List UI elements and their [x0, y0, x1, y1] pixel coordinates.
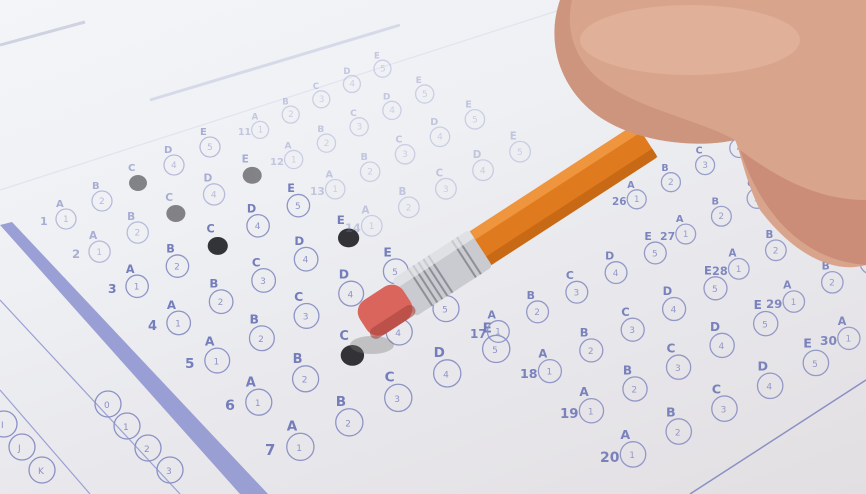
pencil: [351, 122, 658, 343]
option-letter: E: [200, 127, 207, 138]
bubble-number: 2: [718, 212, 724, 222]
question-number: 5: [185, 356, 194, 372]
bubble-number: 2: [534, 308, 540, 318]
option-letter: D: [203, 173, 212, 185]
question-number: 13: [310, 185, 325, 198]
option-letter: A: [838, 315, 847, 328]
option-letter: E: [416, 76, 422, 86]
option-letter: C: [165, 192, 173, 204]
question-number: 4: [148, 319, 157, 334]
option-letter: D: [434, 345, 445, 361]
option-letter: E: [242, 154, 249, 166]
svg-text:J: J: [17, 444, 21, 454]
eraser-smudge: [350, 336, 394, 354]
bubble-number: 1: [495, 328, 501, 338]
bubble-number: 2: [829, 279, 835, 289]
bubble-number: 2: [367, 168, 373, 178]
option-letter: B: [580, 326, 589, 340]
option-letter: E: [337, 213, 345, 227]
bubble-number: 4: [255, 222, 261, 232]
bubble-number: 5: [207, 143, 213, 153]
bubble-number: 4: [443, 370, 449, 380]
question-number: 14: [345, 221, 361, 235]
bubble-number: 4: [719, 342, 725, 352]
question-number: 19: [560, 407, 579, 422]
bubble-number: 4: [303, 256, 309, 266]
option-letter: C: [207, 223, 215, 236]
filled-bubble[interactable]: [166, 205, 185, 222]
bubble-number: 1: [846, 335, 852, 345]
option-letter: C: [339, 329, 349, 344]
bubble-number: 2: [588, 347, 594, 357]
option-letter: E: [644, 230, 651, 243]
option-letter: E: [510, 130, 517, 142]
question-number: 18: [520, 366, 538, 381]
bubble-number: 3: [260, 277, 266, 287]
option-letter: B: [282, 97, 288, 107]
bubble-number: 1: [296, 444, 302, 454]
option-letter: B: [766, 229, 774, 241]
bubble-number: 3: [702, 161, 708, 171]
bubble-number: 5: [812, 360, 818, 370]
option-letter: A: [620, 427, 630, 442]
question-number: 29: [766, 297, 782, 311]
hand: [554, 0, 866, 267]
bubble-number: 3: [394, 395, 400, 405]
question-number: 7: [265, 441, 275, 459]
svg-text:K: K: [38, 467, 45, 477]
bubble-number: 1: [369, 222, 375, 232]
option-letter: A: [246, 376, 256, 391]
bubble-number: 4: [211, 191, 217, 201]
option-letter: E: [754, 298, 762, 312]
question-number: 11: [238, 127, 251, 138]
option-letter: C: [128, 163, 135, 174]
option-letter: B: [360, 152, 367, 163]
question-number: 30: [820, 334, 837, 348]
bubble-number: 2: [631, 386, 637, 396]
option-letter: D: [247, 202, 256, 215]
option-letter: D: [294, 234, 304, 248]
option-letter: A: [285, 142, 292, 152]
bubble-number: 4: [347, 290, 353, 300]
bubble-number: 2: [324, 139, 330, 149]
option-letter: B: [293, 352, 303, 367]
option-letter: C: [313, 82, 319, 92]
option-letter: A: [676, 214, 684, 225]
option-letter: B: [666, 404, 676, 419]
bubble-number: 5: [295, 202, 301, 212]
option-letter: A: [126, 263, 135, 276]
option-letter: A: [167, 298, 177, 312]
option-letter: D: [164, 145, 172, 156]
bubble-number: 1: [588, 407, 594, 417]
bubble-number: 5: [712, 285, 718, 295]
option-letter: E: [383, 244, 391, 259]
option-letter: C: [252, 255, 261, 269]
svg-text:3: 3: [166, 467, 172, 477]
bubble-number: 1: [634, 195, 640, 205]
bubble-number: 5: [422, 90, 428, 100]
option-letter: A: [538, 346, 547, 360]
svg-text:1: 1: [123, 423, 129, 433]
option-letter: E: [803, 336, 812, 351]
option-letter: C: [350, 109, 357, 119]
bubble-number: 1: [214, 357, 220, 367]
option-letter: B: [317, 125, 324, 135]
bubble-number: 3: [303, 313, 309, 323]
question-number: 2: [72, 247, 80, 261]
option-letter: A: [579, 385, 589, 399]
bubble-number: 3: [574, 288, 580, 298]
bubble-number: 1: [291, 155, 297, 165]
bubble-number: 2: [174, 262, 180, 272]
bubble-number: 4: [171, 161, 177, 171]
option-letter: A: [783, 279, 792, 292]
option-letter: B: [249, 311, 258, 326]
bubble-number: 2: [773, 246, 779, 256]
bubble-number: 1: [134, 283, 140, 293]
bubble-number: 1: [96, 248, 102, 258]
option-letter: D: [757, 359, 768, 374]
bubble-number: 1: [258, 125, 264, 135]
pencil-body: [468, 123, 658, 265]
option-letter: C: [621, 305, 629, 319]
question-number: 6: [225, 398, 235, 414]
bubble-number: 1: [255, 399, 261, 409]
option-letter: E: [704, 264, 712, 278]
option-letter: B: [527, 289, 535, 302]
bubble-number: 4: [766, 383, 772, 393]
svg-text:I: I: [1, 421, 4, 431]
option-letter: C: [666, 342, 675, 356]
option-letter: D: [710, 320, 720, 334]
svg-text:0: 0: [104, 401, 110, 411]
bubble-number: 2: [258, 335, 264, 345]
option-letter: C: [696, 146, 703, 157]
bubble-number: 2: [218, 298, 224, 308]
bubble-number: 1: [736, 265, 742, 275]
question-number: 20: [600, 450, 620, 466]
option-letter: A: [56, 199, 64, 210]
bubble-number: 1: [629, 451, 635, 461]
answer-sheet-photo: 0 1 2 3 I J K 1A1B2CD4E52A1B2CD4E3A1B2CD…: [0, 0, 866, 494]
option-letter: D: [663, 284, 673, 298]
option-letter: A: [361, 204, 369, 216]
option-letter: E: [465, 100, 472, 111]
option-letter: A: [89, 230, 98, 242]
bubble-number: 2: [406, 203, 412, 213]
question-number: 3: [108, 282, 117, 296]
bubble-number: 5: [472, 115, 478, 125]
bubble-number: 1: [63, 215, 69, 225]
option-letter: B: [711, 196, 719, 207]
bubble-number: 2: [99, 197, 105, 207]
option-letter: B: [166, 243, 175, 256]
option-letter: A: [205, 334, 215, 349]
bubble-number: 4: [480, 166, 486, 176]
question-number: 28: [712, 264, 728, 278]
bubble-number: 1: [332, 185, 338, 195]
option-letter: B: [661, 163, 668, 174]
bubble-number: 3: [402, 150, 408, 160]
question-number: 26: [612, 196, 627, 208]
bubble-number: 3: [675, 364, 681, 374]
bubble-number: 5: [652, 249, 658, 259]
id-grid: 0 1 2 3 I J K: [0, 391, 183, 483]
bubble-number: 2: [345, 419, 351, 429]
bubble-number: 4: [389, 106, 395, 116]
answer-sheet-illustration: 0 1 2 3 I J K 1A1B2CD4E52A1B2CD4E3A1B2CD…: [0, 0, 866, 494]
option-letter: C: [395, 135, 402, 146]
bubble-number: 2: [668, 178, 674, 188]
question-number: 12: [270, 157, 284, 168]
bubble-number: 1: [791, 298, 797, 308]
question-number: 1: [40, 215, 48, 228]
bubble-number: 1: [683, 230, 689, 240]
filled-bubble[interactable]: [129, 175, 147, 191]
option-letter: A: [487, 308, 496, 321]
bubble-number: 3: [629, 326, 635, 336]
bubble-number: 5: [442, 306, 448, 316]
bubble-number: 5: [492, 346, 498, 356]
option-letter: A: [287, 419, 298, 435]
question-number: 27: [660, 230, 675, 243]
option-letter: C: [385, 370, 395, 386]
bubble-number: 4: [437, 133, 443, 143]
bubble-number: 4: [671, 305, 677, 315]
bubble-number: 5: [517, 148, 523, 158]
bubble-number: 2: [675, 428, 681, 438]
bubble-number: 3: [443, 185, 449, 195]
option-letter: B: [127, 211, 135, 223]
option-letter: C: [294, 289, 303, 304]
option-letter: D: [473, 149, 482, 161]
bubble-number: 4: [613, 269, 619, 279]
option-letter: B: [209, 277, 218, 291]
question-number: 17: [470, 327, 487, 341]
option-letter: C: [712, 381, 721, 396]
option-letter: B: [336, 394, 346, 410]
option-letter: B: [623, 363, 632, 377]
bubble-number: 5: [380, 64, 386, 74]
bubble-number: 3: [319, 95, 325, 105]
bubble-number: 1: [546, 368, 552, 378]
bubble-number: 4: [395, 329, 401, 339]
bubble-number: 2: [288, 110, 294, 120]
option-letter: E: [374, 52, 380, 62]
question-row: 13A1B2C3D4E5: [310, 100, 485, 199]
option-letter: D: [339, 267, 349, 282]
option-letter: C: [566, 269, 574, 282]
option-letter: A: [627, 180, 635, 191]
bubble-number: 4: [349, 80, 355, 90]
option-letter: B: [399, 186, 407, 198]
option-letter: A: [326, 170, 334, 181]
option-letter: D: [430, 117, 438, 128]
bubble-number: 3: [721, 405, 727, 415]
bubble-number: 3: [356, 123, 362, 133]
filled-bubble[interactable]: [243, 167, 262, 184]
option-letter: A: [728, 247, 736, 259]
bubble-number: 5: [762, 320, 768, 330]
option-letter: D: [605, 250, 614, 263]
filled-bubble[interactable]: [208, 237, 228, 255]
option-letter: C: [436, 167, 444, 179]
bubble-number: 2: [302, 376, 308, 386]
bubble-number: 2: [135, 229, 141, 239]
option-letter: E: [287, 182, 295, 195]
svg-text:2: 2: [144, 445, 150, 455]
option-letter: B: [92, 181, 100, 192]
bubble-number: 1: [175, 319, 181, 329]
